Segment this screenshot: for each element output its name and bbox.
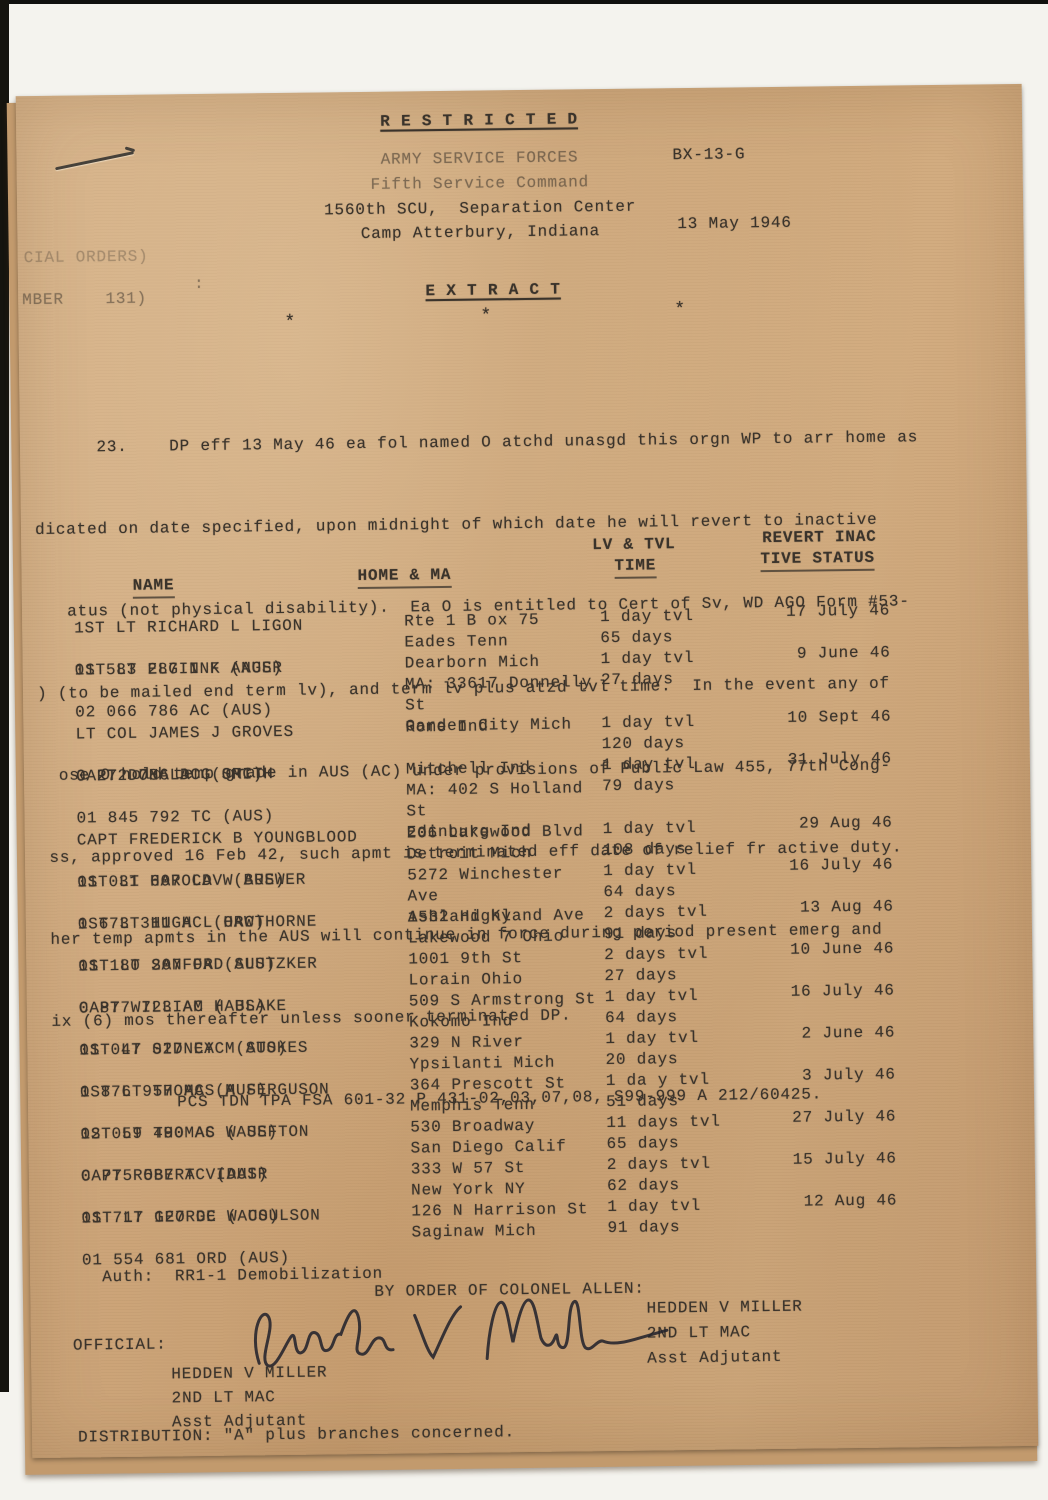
officer-name: 1ST LT RICHARD L LIGON: [74, 617, 303, 638]
officer-home-address: Rte 1 B ox 75 Eades Tenn: [404, 609, 600, 653]
officer-name: 1ST LT SANFORD SLUTZKER: [78, 955, 317, 976]
officer-name-serial: CAPT DONALD G SMITH 01 845 792 TC (AUS): [76, 762, 407, 829]
officer-revert-date: 16 July 46: [775, 981, 895, 1003]
officer-name: 1ST LT GEORGE W COULSON: [81, 1207, 320, 1228]
officer-leave-time: 1 day tvl 64 days: [605, 985, 776, 1029]
officer-name-serial: 1ST LT GEORGE W COULSON 01 554 681 ORD (…: [81, 1204, 412, 1271]
officer-serial: 01 845 792 TC (AUS): [76, 807, 274, 827]
officer-name: 1ST LT ELGIN K ANGER: [75, 659, 283, 680]
officer-home-address: 364 Prescott St Memphis Tenn: [410, 1073, 606, 1117]
officer-revert-date: 16 July 46: [773, 855, 893, 877]
officer-revert-date: 9 June 46: [770, 643, 890, 665]
officer-name: 1ST LT HAROLD W BREWER: [77, 871, 306, 892]
doc-date: 13 May 1946: [677, 213, 792, 235]
officer-revert-date: 10 June 46: [774, 939, 894, 961]
officer-home-address: 1001 9th St Lorain Ohio: [408, 947, 604, 991]
officer-name: CAPT DONALD G SMITH: [76, 765, 274, 785]
officer-revert-date: 3 July 46: [776, 1065, 896, 1087]
officer-revert-date: 15 July 46: [777, 1149, 897, 1171]
officer-revert-date: 13 Aug 46: [774, 897, 894, 919]
officer-name: CAPT FREDERICK B YOUNGBLOOD: [77, 828, 358, 849]
officer-serial: 02 066 786 AC (AUS): [75, 701, 273, 721]
asterisk-separator: *: [674, 300, 686, 321]
officer-name: 1ST LT HUGH L HAWTHORNE: [78, 913, 317, 934]
officer-name: CAPT WILLIAM H BLAKE: [79, 997, 287, 1018]
adjutant-block-left: HEDDEN V MILLER 2ND LT MAC Asst Adjutant: [171, 1360, 328, 1434]
officer-home-address: 206 Lakewood Blvd Detroit Mich: [407, 821, 603, 865]
officer-leave-time: 1 day tvl 120 days: [601, 711, 772, 755]
orders-fragment: CIAL ORDERS): [24, 247, 149, 270]
classification-banner: R E S T R I C T E D: [16, 105, 942, 137]
officer-leave-time: 11 days tvl 65 days: [606, 1111, 777, 1155]
col-header-home: HOME & MA: [357, 565, 451, 587]
officer-home-address: Rome Ind: [405, 715, 601, 738]
officer-home-address: 1532 Highland Ave Lakewood 7 Ohio: [408, 905, 604, 949]
officer-name: 1ST LT SIDNEY M STOKES: [79, 1039, 308, 1060]
officer-revert-date: 17 July 46: [770, 601, 890, 623]
officer-leave-time: 2 days tvl 27 days: [604, 943, 775, 987]
officer-home-address: 329 N River Ypsilanti Mich: [409, 1031, 605, 1075]
officer-leave-time: 1 day tvl 91 days: [607, 1195, 778, 1239]
asterisk-separator: *: [480, 306, 492, 327]
doc-code: BX-13-G: [672, 144, 745, 166]
body-paragraph-line: 23. DP eff 13 May 46 ea fol named O atch…: [34, 427, 918, 458]
officer-leave-time: 1 day tvl 64 days: [603, 859, 774, 903]
officer-home-address: 509 S Armstrong St Kokomo Ind: [409, 989, 605, 1033]
officer-leave-time: 2 days tvl 91 days: [604, 901, 775, 945]
col-header-tive-status: TIVE STATUS: [760, 548, 875, 570]
official-label: OFFICIAL:: [73, 1334, 167, 1356]
officer-home-address: 126 N Harrison St Saginaw Mich: [411, 1199, 607, 1243]
col-header-revert-inac: REVERT INAC: [762, 527, 877, 549]
officer-leave-time: 1 day tvl 27 days: [601, 647, 772, 691]
officer-leave-time: 1 day tvl 65 days: [600, 605, 771, 649]
officer-revert-date: 27 July 46: [776, 1107, 896, 1129]
officer-leave-time: 1 da y tvl 51 days: [606, 1069, 777, 1113]
extract-title: E X T R A C T: [18, 275, 968, 308]
officer-name: 1ST LT THOMAS M FERGUSON: [80, 1080, 330, 1101]
officer-leave-time: 2 days tvl 62 days: [607, 1153, 778, 1197]
col-header-name: NAME: [133, 575, 175, 597]
officer-home-address: 530 Broadway San Diego Calif: [410, 1115, 606, 1159]
officer-revert-date: 10 Sept 46: [771, 707, 891, 729]
officer-leave-time: 1 day tvl 20 days: [605, 1027, 776, 1071]
distribution-line: DISTRIBUTION: "A" plus branches concerne…: [78, 1422, 515, 1448]
officer-revert-date: 31 July 46: [772, 749, 892, 771]
asterisk-separator: *: [284, 313, 296, 334]
scanner-edge-top: [0, 0, 1048, 4]
officer-roster: 1ST LT RICHARD L LIGON 01 583 287 INF (A…: [22, 607, 1036, 1251]
officer-name-serial: 1ST LT ELGIN K ANGER 02 066 786 AC (AUS): [75, 656, 406, 723]
officer-leave-time: 1 day tvl 108 days: [603, 817, 774, 861]
officer-name: CAPT ROBERT VIDAIR: [81, 1165, 268, 1185]
col-header-time: TIME: [614, 555, 656, 577]
officer-home-address: 333 W 57 St New York NY: [411, 1157, 607, 1201]
paper-sheet: R E S T R I C T E D ARMY SERVICE FORCES …: [16, 84, 1039, 1458]
officer-name: LT COL JAMES J GROVES: [75, 723, 294, 744]
officer-revert-date: 29 Aug 46: [773, 813, 893, 835]
officer-leave-time: 1 day tvl 79 days: [602, 753, 773, 797]
officer-revert-date: 12 Aug 46: [777, 1191, 897, 1213]
officer-revert-date: 2 June 46: [775, 1023, 895, 1045]
scanned-document: R E S T R I C T E D ARMY SERVICE FORCES …: [0, 0, 1048, 1500]
officer-name: 1ST LT THOMAS W SEFTON: [80, 1123, 309, 1144]
col-header-lv-tvl: LV & TVL: [592, 534, 675, 556]
